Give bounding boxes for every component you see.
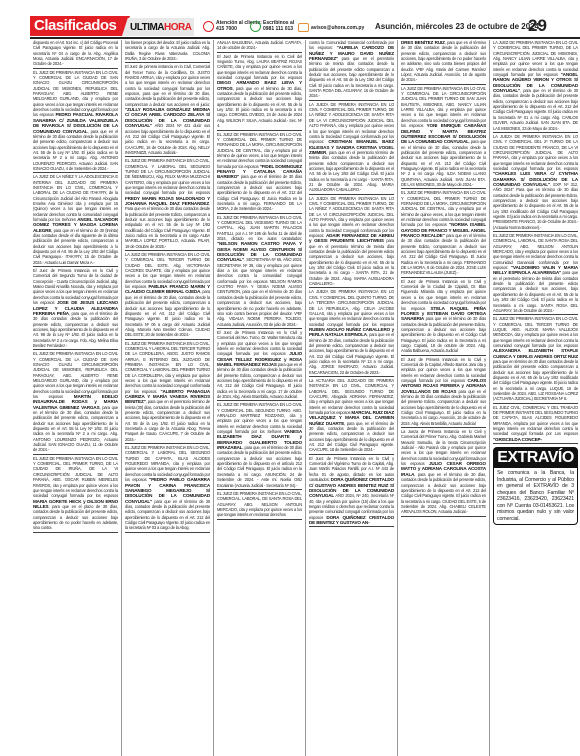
classified-ad: LA JUEZA DE PRIMERA INSTANCIA EN LO CIVI… <box>493 134 578 232</box>
party-names: DRES BENÍTEZ RUIZ <box>401 40 445 45</box>
column-2: los bienes propios del deudor. El juicio… <box>122 40 214 756</box>
classified-ad: La ACTUARIA DEL JUZGADO DE PRIMERA INSTA… <box>309 378 394 455</box>
ad-text: EL JUEZ CIVIL, COMERCIAL Y DEL TRABAJO D… <box>493 405 578 437</box>
ad-text: , para que en el término de 30 días, con… <box>309 332 394 374</box>
classified-columns: dispuesto en el Art. 614 inc. c) del Cód… <box>30 40 580 756</box>
ad-text: El Juez de Primera Instancia en lo Civil… <box>217 54 302 80</box>
classified-ad: LA JUEZA DE PRIMERA INSTANCIA EN LO CIVI… <box>309 289 394 377</box>
extravio-title: EXTRAVÍO <box>494 448 577 468</box>
page-header: Clasificados ULTIMAHORA Atención al clie… <box>0 0 580 32</box>
classified-ad: El Juez de primera instancia en lo Civil… <box>125 64 210 157</box>
page-number: 29 <box>528 16 547 36</box>
ad-text: para que en el perentorio término de tre… <box>493 270 578 312</box>
ad-text: para que en el término de 30 días contad… <box>401 233 486 275</box>
ad-text: dispuesto en el Art. 614 inc. c) del Cód… <box>33 40 118 66</box>
ad-text: para que en término de 30 días contados … <box>493 359 578 401</box>
ad-text: para que en el término de 30 días, conta… <box>125 499 210 531</box>
ad-text: , para que en el término de 30 días cont… <box>33 129 118 171</box>
party-names: FREDY MARIN ROJAS MALDONADO Y JOHANNA RA… <box>125 196 210 206</box>
classified-ad: EL JUEZ DE PRIMERA INSTANCIA EN LO CIVIL… <box>33 70 118 174</box>
classified-ad: dispuesto en el Art. 614 inc. c) del Cód… <box>33 40 118 69</box>
ad-text: , para que, en el término de 30 días con… <box>217 445 302 487</box>
classified-ad: EL JUEZ DE PRIMERA INSTANCIA EN LO CIVIL… <box>217 132 302 214</box>
brand-logo: ULTIMAHORA <box>122 18 194 36</box>
ad-text: , para que, en el término de 30 días con… <box>33 311 118 348</box>
email-contact[interactable]: avisos@uhora.com.py <box>298 23 364 32</box>
whatsapp-number: 0981 111 013 <box>263 26 294 32</box>
ad-text: El Juez de primera instancia en lo Civil… <box>125 64 210 106</box>
ad-text: LA JUEZA DE PRIMERA INSTANCIA EN LO CIVI… <box>309 289 394 326</box>
ad-text: para que en el término de 30 días contad… <box>217 362 302 399</box>
classified-ad: ANALIA BALBUENA, Actuaria Judicial. CAPI… <box>217 40 302 53</box>
ad-text: para que en el perentorio término de tre… <box>309 238 394 286</box>
ad-text: ANALIA BALBUENA, Actuaria Judicial. CAPI… <box>217 40 302 50</box>
email-address[interactable]: avisos@uhora.com.py <box>311 25 364 31</box>
classified-ad: LA JUEZ DE PRIMERA INSTANCIA EN LO CIVIL… <box>125 252 210 340</box>
column-1: dispuesto en el Art. 614 inc. c) del Cód… <box>30 40 122 756</box>
extravio-body: Se comunica a la Banca, la Industria, al… <box>494 468 577 524</box>
column-6: LA JUEZ DE PRIMERA INSTANCIA EN LO CIVIL… <box>490 40 580 756</box>
classified-ad: EL JUEZ DE PRIMERA INSTANCIA EN LO CIVIL… <box>125 158 210 251</box>
ad-text: para que en el perentorio término de tre… <box>309 56 394 98</box>
classified-ad: El Juez de Primera Instancia en lo Civil… <box>33 268 118 350</box>
extravio-box: EXTRAVÍOSe comunica a la Banca, la Indus… <box>493 447 578 525</box>
classified-ad: EL JUEZ DE PRIMERA INSTANCIA EN LO CIVIL… <box>125 445 210 533</box>
ad-text: , para que en el término de 30 días, con… <box>217 86 302 128</box>
ad-text: EL JUEZ DE PRIMERA INSTANCIA EN LO CIVIL… <box>493 316 578 348</box>
classified-ad: La Jueza de Primera Instancia en lo Civi… <box>401 429 486 517</box>
section-logo: Clasificados <box>30 16 130 36</box>
classified-ad: LA JUEZA DE PRIMERA INSTANCIA EN LO CIVI… <box>309 102 394 195</box>
ad-text: para que en el término de 30 días contad… <box>401 316 486 353</box>
classified-ad: EL JUEZ DE PRIMERA INSTANCIA EN LO CIVIL… <box>493 233 578 315</box>
ad-text: para que en el término de 30 días contad… <box>217 174 302 211</box>
ad-text: , para que en el término de 30 días, con… <box>401 472 486 514</box>
ad-text: LA JUEZA DE PRIMERA INSTANCIA EN LO CIVI… <box>309 102 394 144</box>
classified-ad: El Juez de Primera Instancia en lo Civil… <box>217 54 302 131</box>
ad-text: , para que en el término de 30 días cont… <box>401 40 486 82</box>
classified-ad: EL JUEZ DE PRIMERA INSTANCIA EN LO CIVIL… <box>217 215 302 329</box>
ad-text: , para que en el término de 30 días, con… <box>401 139 486 187</box>
party-names: "GRISCELDA CONCEP- <box>493 437 542 442</box>
ad-text: LA JUEZ DE PRIMERA INSTANCIA EN LO CIVIL… <box>401 86 486 128</box>
whatsapp-contact: Escribinos al0981 111 013 <box>250 20 294 32</box>
classified-ad: LA JUEZ DE PRIMERA INSTANCIA EN LO CIVIL… <box>493 40 578 133</box>
classified-ad: LA JUEZ DE PRIMERA INSTANCIA EN LO CIVIL… <box>401 86 486 190</box>
classified-ad: El Juez de Primera Instancia en lo Civil… <box>309 456 394 527</box>
classified-ad: contra la Comunidad Ganancial conformada… <box>309 40 394 101</box>
whatsapp-icon <box>250 21 261 32</box>
ad-text: EL JUEZ DE PRIMERA INSTANCIA EN LO CIVIL… <box>33 70 118 118</box>
classified-ad: los bienes propios del deudor. El juicio… <box>125 40 210 63</box>
classified-ad: LA JUEZA DE PRIMERA INSTANCIA EN LO CIVI… <box>309 196 394 289</box>
classified-ad: EL JUEZ DE PRIMERA INSTANCIA EN LO CIVIL… <box>217 491 302 520</box>
ad-text: AÑO 2024 Nº 421 ducir sus acciones bajo … <box>125 123 210 155</box>
classified-ad: EL JUEZ DE PRIMERA INSTANCIA EN LO CIVIL… <box>217 402 302 490</box>
classified-ad: El Juez de Primera Instancia en lo Civil… <box>217 330 302 401</box>
ad-text: LA JUEZA DE PRIMERA INSTANCIA EN LO CIVI… <box>493 134 578 171</box>
ad-text: LA JUEZ DE LA NIÑEZ Y LA ADOLESCENCIA E … <box>33 174 118 222</box>
classified-ad: EL JUEZ DE PRIMERA INSTANCIA EN LO CIVIL… <box>493 316 578 404</box>
header-rule <box>30 37 580 39</box>
ad-text: los bienes propios del deudor. El juicio… <box>125 40 210 61</box>
ad-text: . SECRETARIA Nº 65, AÑO 2024; SECRETARIA… <box>217 257 302 326</box>
issue-date: Asunción, miércoles 23 de octubre de 202… <box>375 22 539 31</box>
ad-text: EL JUEZ DE PRIMERA INSTANCIA EN LO CIVIL… <box>125 341 210 394</box>
ad-text: EL JUEZ DE PRIMERA INSTANCIA EN LO CIVIL… <box>217 491 302 517</box>
ad-text: , para que, en el término de 30 días, co… <box>309 421 394 453</box>
classified-ad: DRES BENÍTEZ RUIZ, para que en el términ… <box>401 40 486 85</box>
ad-text: EL JUEZ DE PRIMERA INSTANCIA EN LO CIVIL… <box>33 456 118 498</box>
ad-text: . EXP. Nº 312, AÑO 2024" Para que en tér… <box>493 182 578 230</box>
classified-ad: EL JUEZ CIVIL, COMERCIAL Y DEL TRABAJO D… <box>493 405 578 444</box>
ad-text: , para que en el perentorio término de t… <box>309 150 394 192</box>
ad-text: , para que en el término de 30 días, con… <box>33 405 118 453</box>
ad-text: , para que en el término de 30 días, con… <box>493 88 578 130</box>
column-3: ANALIA BALBUENA, Actuaria Judicial. CAPI… <box>214 40 306 756</box>
classified-ad: El Juez de Primera Instancia en lo Civil… <box>401 279 486 356</box>
classified-ad: El Juez de Primera Instancia en lo Civil… <box>401 357 486 428</box>
party-names: ALEXANDRA ELIZABETH STAPLE CUENCA Y DERL… <box>493 348 578 358</box>
ad-text: EL JUEZ DE PRIMERA INSTANCIA EN LO CIVIL… <box>217 215 302 241</box>
column-5: DRES BENÍTEZ RUIZ, para que en el términ… <box>398 40 490 756</box>
ad-text: EL JUEZ DE PRIMERA INSTANCIA EN LO CIVIL… <box>33 351 118 399</box>
envelope-icon <box>298 23 309 32</box>
ad-text: para que en el término de 30 días contad… <box>401 389 486 426</box>
brand-part-b: HORA <box>164 22 191 33</box>
ad-text: EL JUEZ DE PRIMERA INSTANCIA EN LO CIVIL… <box>125 158 210 195</box>
classified-ad: EL JUEZ DE PRIMERA INSTANCIA EN LO CIVIL… <box>33 456 118 533</box>
phone-icon <box>203 21 214 32</box>
ad-text: , para que en el término de 30 (treinta)… <box>33 228 118 265</box>
classified-ad: EL JUEZ DE PRIMERA INSTANCIA EN LO CIVIL… <box>33 351 118 455</box>
ad-text: , para que en el perentorio término de t… <box>125 399 210 441</box>
classified-ad: EL JUEZ DE PRIMERA INSTANCIA EN LO CIVIL… <box>401 190 486 278</box>
classified-ad: LA JUEZ DE LA NIÑEZ Y LA ADOLESCENCIA E … <box>33 174 118 267</box>
column-4: contra la Comunidad Ganancial conformada… <box>306 40 398 756</box>
ad-text: . Para que en el término de 30 días cont… <box>125 201 210 249</box>
classified-ad: EL JUEZ DE PRIMERA INSTANCIA EN LO CIVIL… <box>125 341 210 445</box>
brand-part-a: ULTIMA <box>130 22 164 33</box>
ad-text: LA JUEZA DE PRIMERA INSTANCIA EN LO CIVI… <box>309 196 394 238</box>
ad-text: , para que, en el término de 30 días, co… <box>125 289 210 337</box>
